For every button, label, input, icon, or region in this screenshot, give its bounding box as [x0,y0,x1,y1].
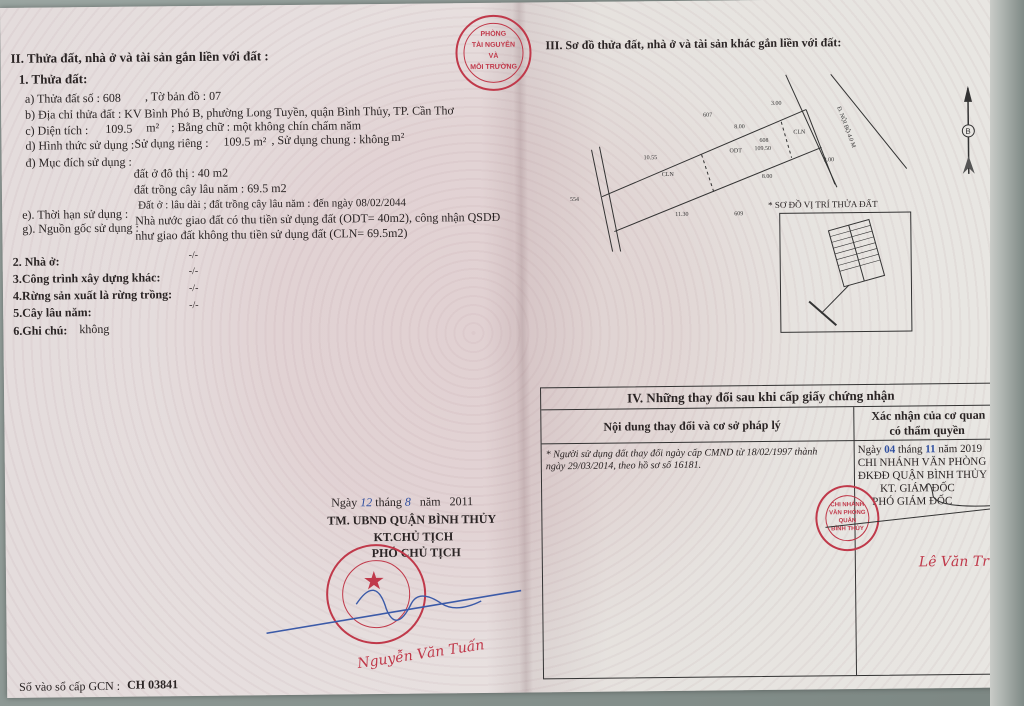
subsection-land-title: 1. Thửa đất: [19,72,88,87]
area-value: 109.5 [105,122,132,136]
change-content-line2: ngày 29/03/2014, theo hồ sơ số 16181. [546,459,701,475]
svg-text:10.55: 10.55 [644,155,658,161]
col-confirm-header-2: có thẩm quyền [889,423,964,438]
svg-text:608: 608 [759,138,768,144]
shared-use-unit: m² [391,130,404,144]
origin-line2: như giao đất không thu tiền sử dụng đất … [135,226,407,243]
svg-text:609: 609 [734,211,743,217]
purpose-item-perennial: đất trồng cây lâu năm : 69.5 m2 [134,181,287,197]
handwritten-signature-right [825,468,1006,530]
svg-text:8.00: 8.00 [734,124,745,130]
svg-text:3.00: 3.00 [824,157,835,163]
purpose-label: đ) Mục đích sử dụng : [26,155,132,170]
item-forest-label: 4.Rừng sản xuất là rừng trồng: [13,287,172,303]
item-note-label: 6.Ghi chú: [13,323,67,338]
private-use-label: Sử dụng riêng : [134,136,208,151]
year-prefix: năm [420,494,441,508]
changes-table: IV. Những thay đổi sau khi cấp giấy chứn… [540,382,1009,679]
shared-use: , Sử dụng chung : không [271,132,389,147]
location-map [780,212,911,331]
svg-text:607: 607 [703,113,712,119]
item-perennial-value: -/- [189,299,199,313]
stamp-line: TÀI NGUYÊN [457,39,529,51]
item-perennial-label: 5.Cây lâu năm: [13,305,91,320]
origin-label: g). Nguồn gốc sử dụng : [22,221,139,236]
confirm-month: 11 [925,443,936,455]
department-stamp: PHÒNG TÀI NGUYÊN VÀ MÔI TRƯỜNG [455,14,532,91]
parcel-number: a) Thửa đất số : 608 [25,91,121,106]
item-note-value: không [79,322,109,336]
term-label: e). Thời hạn sử dụng : [22,207,128,222]
registry-label: Số vào sổ cấp GCN : [19,679,120,694]
item-other-construction-value: -/- [189,265,199,279]
registry-number: CH 03841 [127,677,178,692]
confirm-date-prefix: Ngày [858,444,882,456]
confirm-month-prefix: tháng [898,443,923,455]
svg-text:8.00: 8.00 [762,174,773,180]
svg-text:11.30: 11.30 [675,212,688,218]
area-unit: m² [146,120,159,134]
item-forest-value: -/- [189,282,199,296]
svg-text:109.50: 109.50 [754,146,771,152]
sign-month: 8 [405,495,411,509]
sign-role1: KT.CHỦ TỊCH [373,529,453,544]
svg-text:CLN: CLN [662,172,675,178]
stamp-line: PHÒNG [457,28,529,40]
svg-text:CLN: CLN [793,130,806,136]
area-label: c) Diện tích : [25,123,88,138]
svg-text:554: 554 [570,197,579,203]
item-house-label: 2. Nhà ở: [13,254,60,268]
confirm-year: năm 2019 [938,443,982,455]
location-diagram [779,211,912,332]
svg-text:ODT: ODT [730,148,743,154]
private-use-value: 109.5 m² [223,134,266,148]
purpose-item-urban: đất ở đô thị : 40 m2 [134,166,228,181]
sign-year: 2011 [449,494,473,508]
sign-day: 12 [360,495,372,509]
table-row: * Người sử dụng đất thay đổi ngày cấp CM… [541,383,1005,388]
date-prefix: Ngày [331,495,357,509]
month-prefix: tháng [375,495,402,509]
sign-org: TM. UBND QUẬN BÌNH THỦY [327,512,496,528]
term-value: Đất ở : lâu dài ; đất trồng cây lâu năm … [138,196,406,213]
svg-text:B: B [965,127,970,136]
col-confirm-header-1: Xác nhận của cơ quan [871,408,985,423]
col-content-header: Nội dung thay đổi và cơ sở pháp lý [603,418,780,434]
stamp-line: MÔI TRƯỜNG [458,61,530,73]
usage-form-label: d) Hình thức sử dụng : [25,138,134,153]
section-ii-title: II. Thửa đất, nhà ở và tài sản gắn liền … [10,49,268,66]
origin-line1: Nhà nước giao đất có thu tiền sử dụng đấ… [135,210,500,228]
handwritten-signature-left [256,563,527,646]
map-sheet: , Tờ bản đồ : 07 [145,89,221,104]
signer-name-right: Lê Văn Trứ [919,554,998,571]
svg-text:Đ. NỘI BỘ 4.0 M: Đ. NỘI BỘ 4.0 M [835,105,858,149]
location-diagram-title: * SƠ ĐỒ VỊ TRÍ THỬA ĐẤT [768,197,878,212]
confirm-day: 04 [884,444,895,456]
svg-text:3.00: 3.00 [771,101,782,107]
section-iii-title: III. Sơ đồ thửa đất, nhà ở và tài sản kh… [545,35,841,52]
land-certificate-sheet: II. Thửa đất, nhà ở và tài sản gắn liền … [0,0,1007,698]
item-other-construction-label: 3.Công trình xây dựng khác: [13,270,161,286]
table-edge [990,0,1024,706]
item-house-value: -/- [189,249,199,263]
sign-date: Ngày 12 tháng 8 năm 2011 [331,494,473,509]
stamp-line: VÀ [457,50,529,62]
north-arrow-icon: B [956,86,981,176]
changes-table-title: IV. Những thay đổi sau khi cấp giấy chứn… [627,389,895,406]
